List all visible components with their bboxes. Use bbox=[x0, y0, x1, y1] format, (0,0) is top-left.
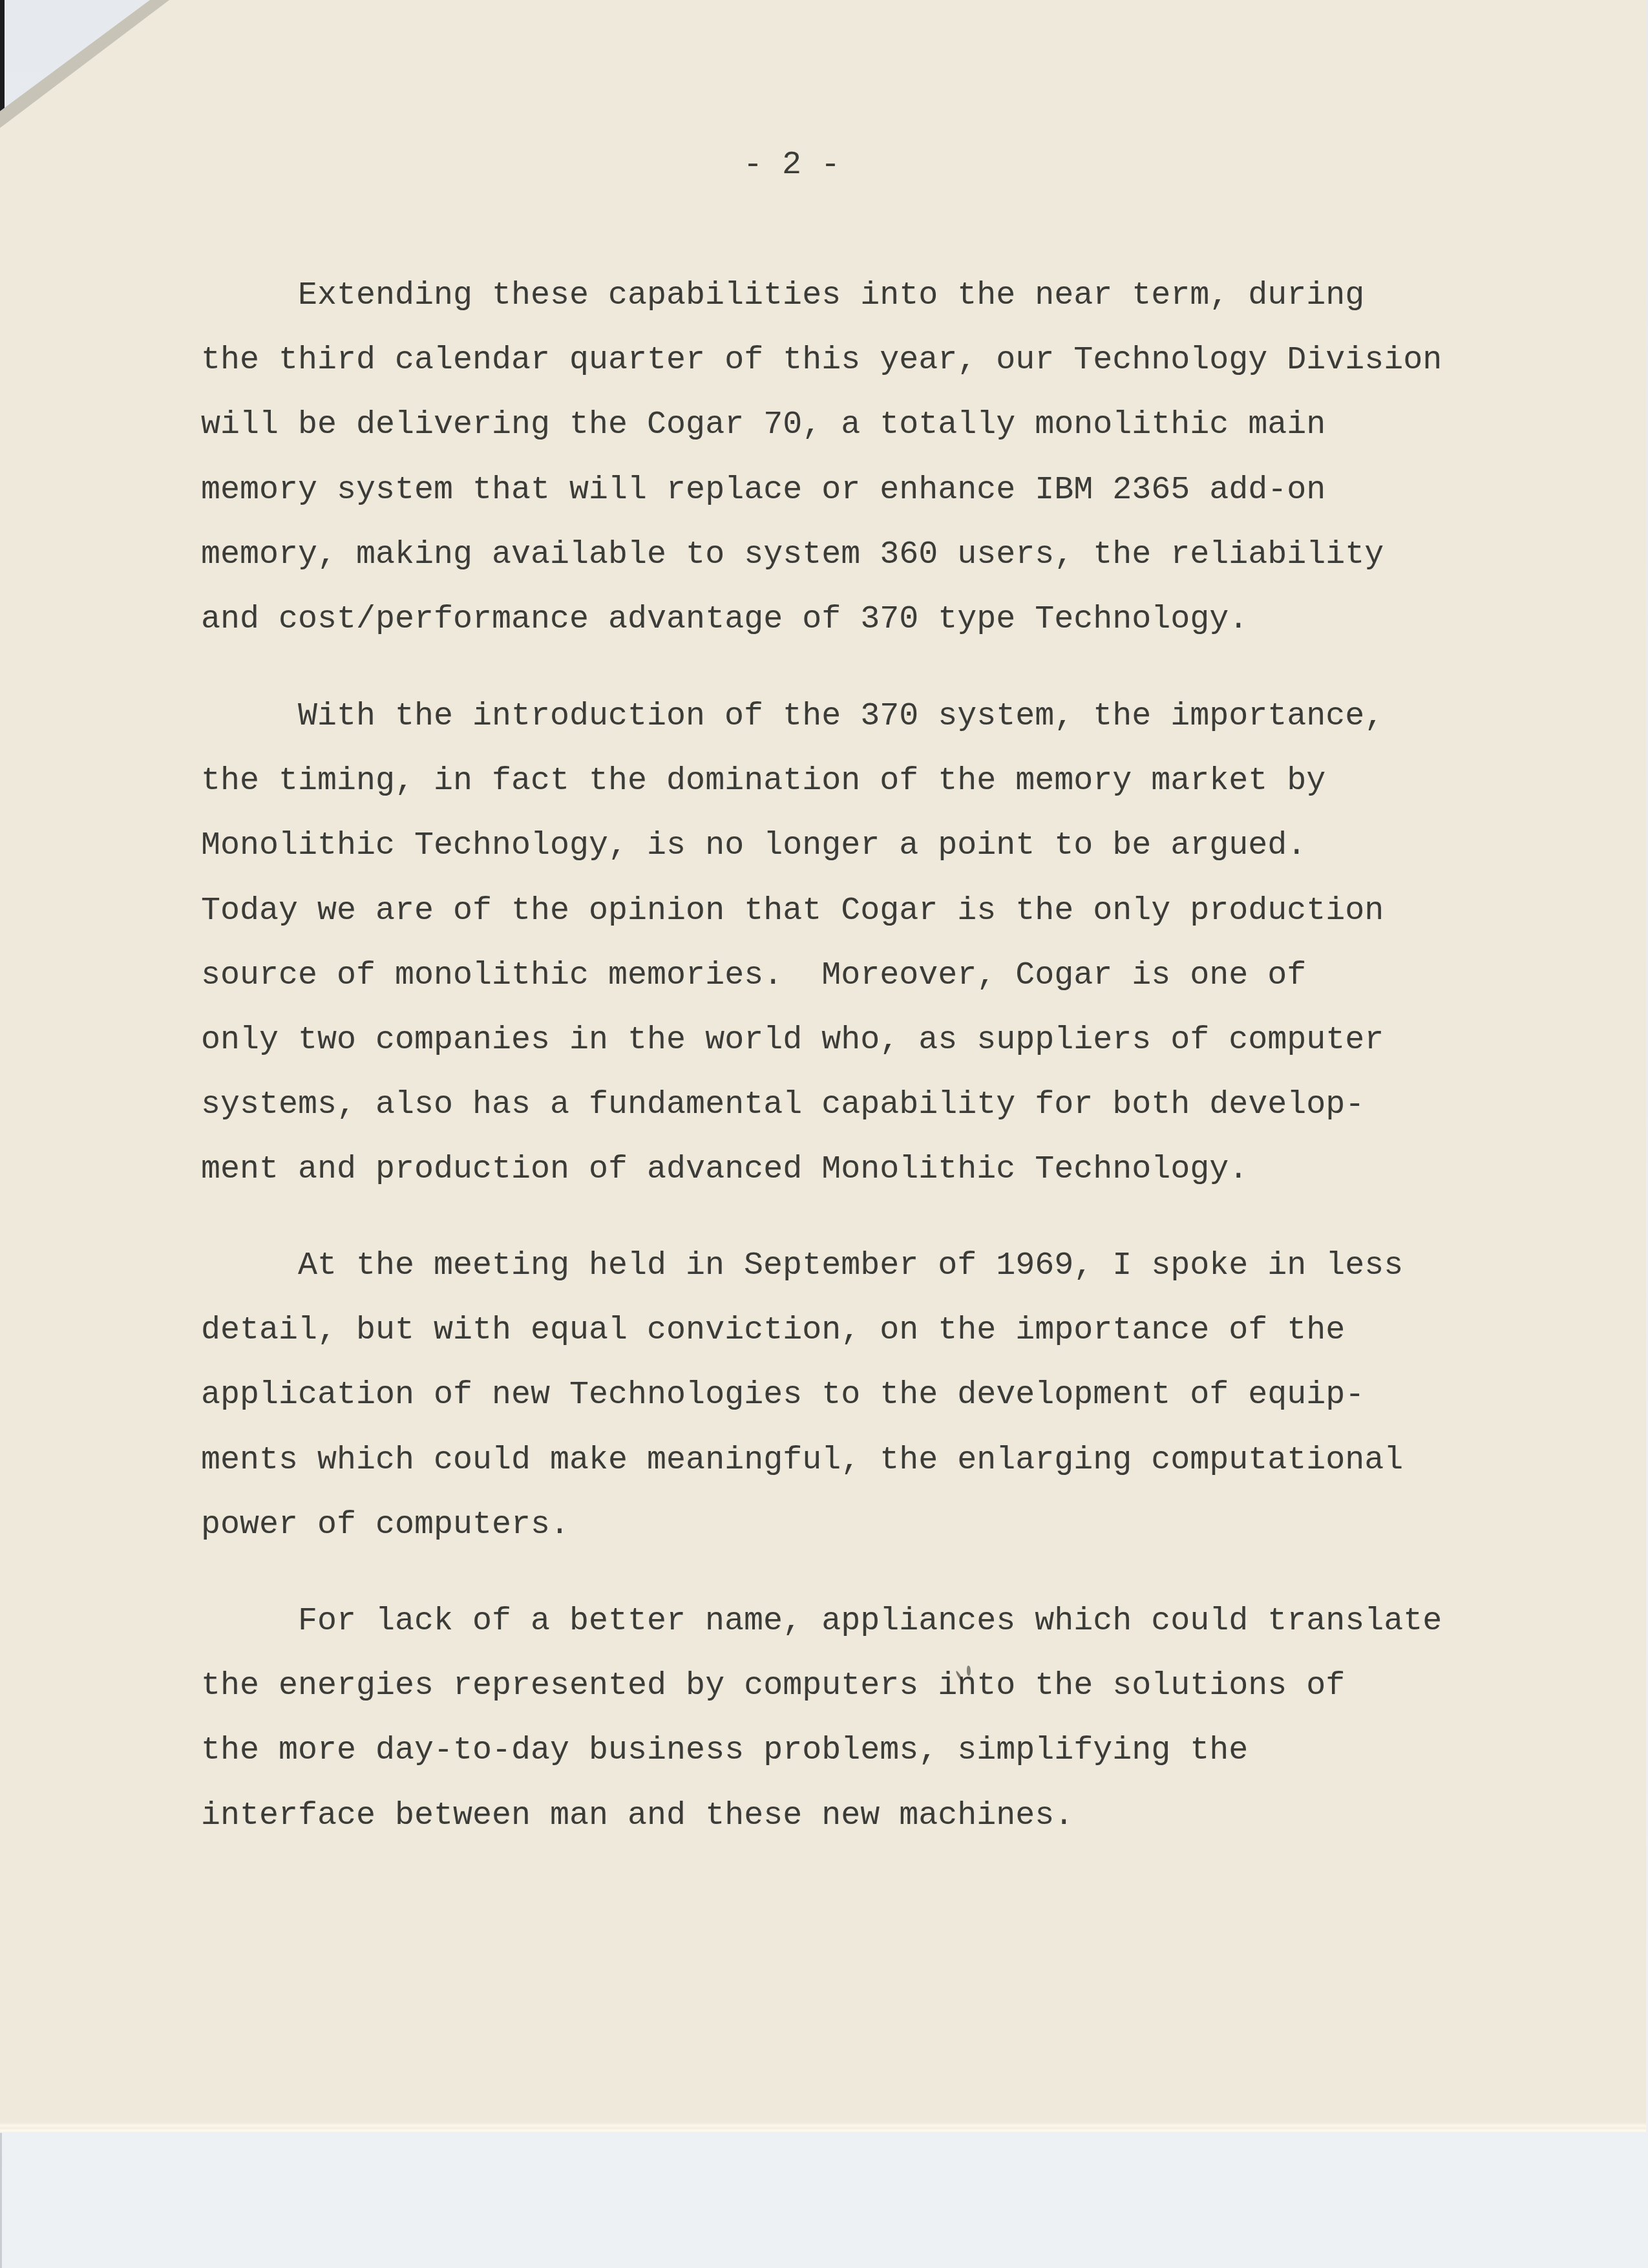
paragraph-line: Extending these capabilities into the ne… bbox=[201, 264, 1558, 328]
paragraph-4: For lack of a better name, appliances wh… bbox=[201, 1589, 1558, 1849]
paragraph-line: For lack of a better name, appliances wh… bbox=[201, 1589, 1558, 1654]
paragraph-line: ment and production of advanced Monolith… bbox=[201, 1138, 1558, 1202]
paragraph-1: Extending these capabilities into the ne… bbox=[201, 264, 1558, 652]
page-number: - 2 - bbox=[0, 133, 1583, 198]
paper-bottom-edge bbox=[0, 2123, 1646, 2133]
paragraph-line: interface between man and these new mach… bbox=[201, 1784, 1558, 1849]
paragraph-line: At the meeting held in September of 1969… bbox=[201, 1234, 1558, 1298]
paragraph-line: ments which could make meaningful, the e… bbox=[201, 1428, 1558, 1493]
paragraph-line: the more day-to-day business problems, s… bbox=[201, 1719, 1558, 1783]
paragraph-line: will be delivering the Cogar 70, a total… bbox=[201, 393, 1558, 458]
paragraph-line: the third calendar quarter of this year,… bbox=[201, 328, 1558, 393]
paragraph-line: source of monolithic memories. Moreover,… bbox=[201, 944, 1558, 1008]
paragraph-line: power of computers. bbox=[201, 1493, 1558, 1558]
paragraph-line: the energies represented by computers in… bbox=[201, 1654, 1558, 1719]
stray-pen-mark bbox=[967, 1666, 971, 1676]
document-page: - 2 - Extending these capabilities into … bbox=[0, 0, 1646, 2132]
paragraph-line: Today we are of the opinion that Cogar i… bbox=[201, 879, 1558, 944]
paragraph-line: only two companies in the world who, as … bbox=[201, 1008, 1558, 1073]
scanner-edge-strip-bottom bbox=[0, 2133, 2, 2268]
paragraph-line: detail, but with equal conviction, on th… bbox=[201, 1298, 1558, 1363]
paragraph-line: systems, also has a fundamental capabili… bbox=[201, 1073, 1558, 1138]
scanner-edge-strip bbox=[0, 0, 5, 113]
paragraph-line: application of new Technologies to the d… bbox=[201, 1363, 1558, 1428]
paragraph-line: Monolithic Technology, is no longer a po… bbox=[201, 814, 1558, 878]
paragraph-line: With the introduction of the 370 system,… bbox=[201, 684, 1558, 749]
paragraph-line: and cost/performance advantage of 370 ty… bbox=[201, 588, 1558, 652]
paragraph-3: At the meeting held in September of 1969… bbox=[201, 1234, 1558, 1558]
paragraph-2: With the introduction of the 370 system,… bbox=[201, 684, 1558, 1203]
paragraph-line: memory, making available to system 360 u… bbox=[201, 523, 1558, 588]
paragraph-line: memory system that will replace or enhan… bbox=[201, 458, 1558, 523]
paragraph-line: the timing, in fact the domination of th… bbox=[201, 749, 1558, 814]
